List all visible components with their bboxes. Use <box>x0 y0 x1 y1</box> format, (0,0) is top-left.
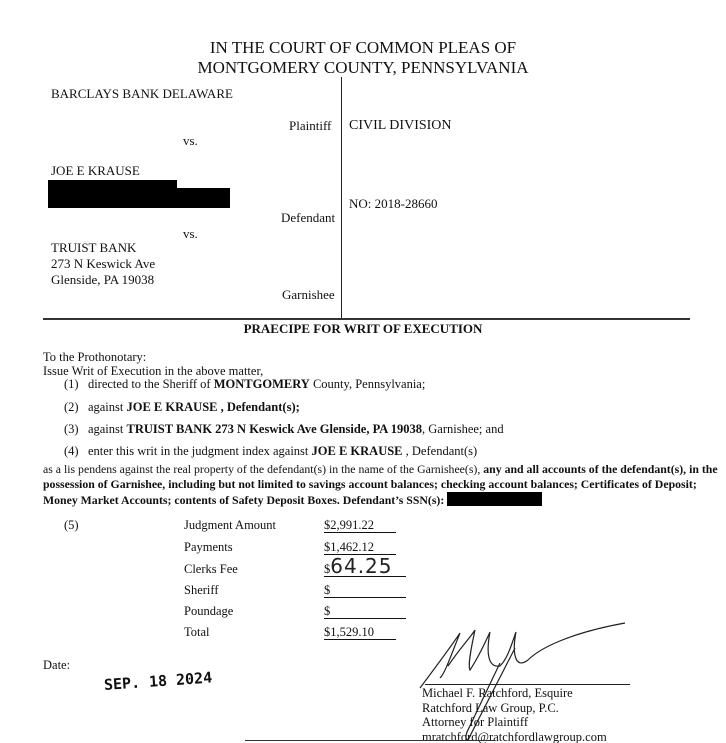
court-name-line1: IN THE COURT OF COMMON PLEAS OF <box>0 38 726 58</box>
vs-label-1: vs. <box>183 133 198 149</box>
payments-label: Payments <box>184 540 233 555</box>
plaintiff-label: Plaintiff <box>289 118 331 134</box>
law-firm: Ratchford Law Group, P.C. <box>422 701 607 716</box>
item-number: (4) <box>64 444 79 458</box>
vs-label-2: vs. <box>183 226 198 242</box>
signature-line <box>425 684 630 685</box>
sheriff-label: Sheriff <box>184 583 219 598</box>
salutation: To the Prothonotary: <box>43 350 146 365</box>
redacted-ssn <box>447 492 542 506</box>
garnishee-label: Garnishee <box>282 287 335 303</box>
total-value: $1,529.10 <box>324 625 396 640</box>
item-5-number: (5) <box>64 518 79 533</box>
instruction-item-2: (2) against JOE E KRAUSE , Defendant(s); <box>64 400 300 415</box>
court-name-line2: MONTGOMERY COUNTY, PENNSYLVANIA <box>0 58 726 78</box>
instruction-item-1: (1) directed to the Sheriff of MONTGOMER… <box>64 377 425 392</box>
garnishee-address-line2: Glenside, PA 19038 <box>51 272 154 288</box>
bottom-rule <box>245 740 495 741</box>
attorney-role: Attorney for Plaintiff <box>422 715 607 730</box>
garnishee-address-line1: 273 N Keswick Ave <box>51 256 155 272</box>
caption-divider-horizontal <box>43 318 690 320</box>
item-number: (1) <box>64 377 79 391</box>
civil-division: CIVIL DIVISION <box>349 118 452 134</box>
judgment-amount-label: Judgment Amount <box>184 518 276 533</box>
poundage-label: Poundage <box>184 604 233 619</box>
case-number: NO: 2018-28660 <box>349 196 437 212</box>
poundage-value: $ <box>324 604 406 619</box>
signature-block: Michael F. Ratchford, Esquire Ratchford … <box>422 686 607 743</box>
date-label: Date: <box>43 658 70 673</box>
clerks-fee-value: $64.25 <box>324 556 406 577</box>
handwritten-clerks-fee: 64.25 <box>330 554 392 578</box>
item-number: (2) <box>64 400 79 414</box>
redacted-defendant-address-2 <box>48 188 230 208</box>
caption-divider-vertical <box>341 77 342 319</box>
total-label: Total <box>184 625 210 640</box>
plaintiff-name: BARCLAYS BANK DELAWARE <box>51 86 233 102</box>
defendant-name: JOE E KRAUSE <box>51 163 140 179</box>
date-stamp: SEP. 18 2024 <box>103 668 212 694</box>
sheriff-value: $ <box>324 583 406 598</box>
payments-value: $1,462.12 <box>324 540 396 555</box>
item-number: (3) <box>64 422 79 436</box>
garnishee-name: TRUIST BANK <box>51 240 136 256</box>
instruction-item-3: (3) against TRUIST BANK 273 N Keswick Av… <box>64 422 504 437</box>
defendant-label: Defendant <box>281 210 335 226</box>
clerks-fee-label: Clerks Fee <box>184 562 238 577</box>
instruction-item-4: (4) enter this writ in the judgment inde… <box>64 444 477 459</box>
judgment-amount-value: $2,991.22 <box>324 518 396 533</box>
lis-pendens-paragraph: as a lis pendens against the real proper… <box>43 462 723 508</box>
document-title: PRAECIPE FOR WRIT OF EXECUTION <box>0 321 726 337</box>
attorney-name: Michael F. Ratchford, Esquire <box>422 686 607 701</box>
